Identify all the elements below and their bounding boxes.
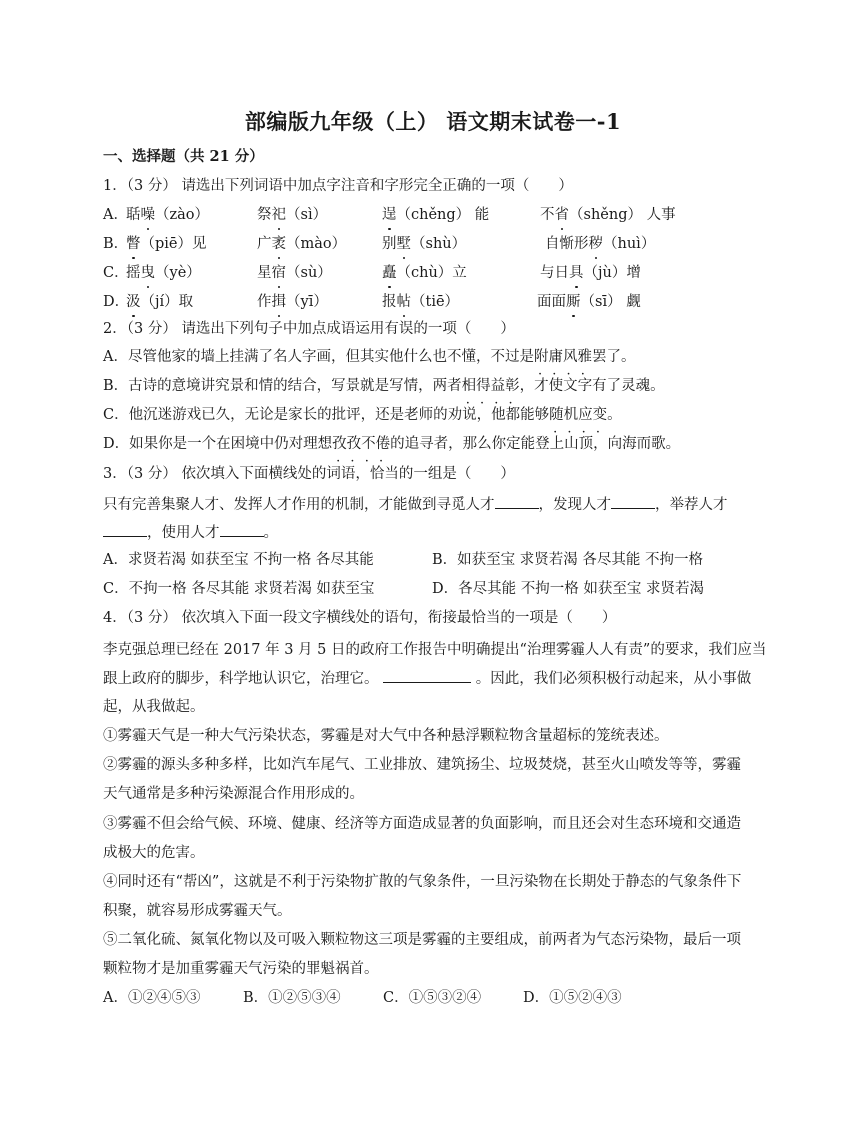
exam-title: 部编版九年级（上） 语文期末试卷一-1 xyxy=(0,106,866,136)
statement-5-cont: 颗粒物才是加重雾霾天气污染的罪魁祸首。 xyxy=(103,959,379,979)
question-4-passage-line-3: 起，从我做起。 xyxy=(103,697,205,717)
statement-4: ④同时还有“帮凶”，这就是不利于污染物扩散的气象条件，一旦污染物在长期处于静态的… xyxy=(103,872,741,892)
statement-2: ②雾霾的源头多种多样，比如汽车尾气、工业排放、建筑扬尘、垃圾焚烧，甚至火山喷发等… xyxy=(103,755,741,775)
option-label: A． xyxy=(103,349,128,365)
option-item: 面面厮（sī） 觑 xyxy=(537,292,641,312)
question-number: 2． xyxy=(103,321,127,337)
question-4-option-a[interactable]: A．①②④⑤③ xyxy=(103,988,200,1008)
statement-3: ③雾霾不但会给气候、环境、健康、经济等方面造成显著的负面影响，而且还会对生态环境… xyxy=(103,814,741,834)
question-2-option-c[interactable]: C．他沉迷游戏已久，无论是家长的批评，还是老师的劝说，他都能够随机应变。 xyxy=(103,405,622,425)
question-3-passage-line-2: ，使用人才。 xyxy=(103,522,278,543)
option-item: 聒噪（zào） xyxy=(126,205,209,225)
statement-2-cont: 天气通常是多种污染源混合作用形成的。 xyxy=(103,784,364,804)
question-3-passage-line-1: 只有完善集聚人才、发挥人才作用的机制，才能做到寻觅人才，发现人才，举荐人才 xyxy=(103,494,728,515)
question-2-option-b[interactable]: B．古诗的意境讲究景和情的结合，写景就是写情，两者相得益彰，才使文字有了灵魂。 xyxy=(103,376,665,396)
option-item: 汲（jí）取 xyxy=(126,292,193,312)
question-prompt: 请选出下列词语中加点字注音和字形完全正确的一项（ ） xyxy=(181,178,573,194)
question-3-option-d[interactable]: D．各尽其能 不拘一格 如获至宝 求贤若渴 xyxy=(432,579,704,599)
question-number: 1． xyxy=(103,178,127,194)
option-item: 矗（chù）立 xyxy=(382,263,467,283)
question-4-stem: 4．（3 分） 依次填入下面一段文字横线处的语句，衔接最恰当的一项是（ ） xyxy=(103,608,616,628)
option-label: C． xyxy=(103,263,129,283)
question-4-option-c[interactable]: C．①⑤③②④ xyxy=(383,988,481,1008)
question-prompt: 请选出下列句子中加点成语运用有误的一项（ ） xyxy=(181,321,515,337)
question-score: （3 分） xyxy=(127,610,177,626)
fill-blank-2[interactable] xyxy=(611,494,655,509)
section-heading: 一、选择题（共 21 分） xyxy=(103,147,264,167)
question-2-stem: 2．（3 分） 请选出下列句子中加点成语运用有误的一项（ ） xyxy=(103,319,515,339)
option-label: A． xyxy=(103,205,128,225)
question-prompt: 依次填入下面横线处的词语，恰当的一组是（ ） xyxy=(181,466,515,482)
question-3-option-b[interactable]: B．如获至宝 求贤若渴 各尽其能 不拘一格 xyxy=(432,550,703,570)
statement-5: ⑤二氧化硫、氮氧化物以及可吸入颗粒物这三项是雾霾的主要组成，前两者为气态污染物，… xyxy=(103,930,741,950)
dotted-idiom: 附庸风雅 xyxy=(534,347,592,367)
statement-3-cont: 成极大的危害。 xyxy=(103,843,205,863)
question-4-option-b[interactable]: B．①②⑤③④ xyxy=(243,988,341,1008)
option-item: 别墅（shù） xyxy=(382,234,466,254)
statement-1: ①雾霾天气是一种大气污染状态，雾霾是对大气中各种悬浮颗粒物含量超标的笼统表述。 xyxy=(103,726,669,746)
question-3-option-a[interactable]: A．求贤若渴 如获至宝 不拘一格 各尽其能 xyxy=(103,550,374,570)
option-item: 逞（chěng） 能 xyxy=(382,205,489,225)
question-prompt: 依次填入下面一段文字横线处的语句，衔接最恰当的一项是（ ） xyxy=(181,610,616,626)
question-number: 3． xyxy=(103,466,127,482)
option-item: 星宿（sù） xyxy=(257,263,332,283)
question-4-passage-line-1: 李克强总理已经在 2017 年 3 月 5 日的政府工作报告中明确提出“治理雾霾… xyxy=(103,640,766,660)
option-item: 作揖（yī） xyxy=(257,292,328,312)
option-item: 瞥（piē）见 xyxy=(126,234,207,254)
option-item: 自惭形秽（huì） xyxy=(545,234,655,254)
question-score: （3 分） xyxy=(127,178,177,194)
question-score: （3 分） xyxy=(127,321,177,337)
question-1-stem: 1．（3 分） 请选出下列词语中加点字注音和字形完全正确的一项（ ） xyxy=(103,176,573,196)
fill-blank-3[interactable] xyxy=(103,522,147,537)
question-score: （3 分） xyxy=(127,466,177,482)
question-3-stem: 3．（3 分） 依次填入下面横线处的词语，恰当的一组是（ ） xyxy=(103,464,515,484)
dotted-idiom: 相得益彰 xyxy=(462,376,520,396)
option-label: C． xyxy=(103,407,129,423)
question-number: 4． xyxy=(103,610,127,626)
question-4-passage-line-2: 跟上政府的脚步，科学地认识它，治理它。 。因此，我们必须积极行动起来，从小事做 xyxy=(103,668,751,689)
option-item: 与日具（jù）增 xyxy=(540,263,641,283)
question-2-option-a[interactable]: A．尽管他家的墙上挂满了名人字画，但其实他什么也不懂，不过是附庸风雅罢了。 xyxy=(103,347,635,367)
option-item: 摇曳（yè） xyxy=(126,263,201,283)
exam-page: 部编版九年级（上） 语文期末试卷一-1 一、选择题（共 21 分） 1．（3 分… xyxy=(0,0,866,1122)
fill-blank[interactable] xyxy=(383,668,471,683)
option-item: 报帖（tiē） xyxy=(382,292,459,312)
option-label: B． xyxy=(103,234,128,254)
option-label: B． xyxy=(103,378,128,394)
dotted-idiom: 孜孜不倦 xyxy=(332,434,390,454)
fill-blank-1[interactable] xyxy=(495,494,539,509)
fill-blank-4[interactable] xyxy=(220,522,264,537)
question-3-option-c[interactable]: C．不拘一格 各尽其能 求贤若渴 如获至宝 xyxy=(103,579,374,599)
question-4-option-d[interactable]: D．①⑤②④③ xyxy=(523,988,622,1008)
option-item: 不省（shěng） 人事 xyxy=(540,205,676,225)
option-item: 广袤（mào） xyxy=(257,234,346,254)
dotted-idiom: 随机应变 xyxy=(549,405,607,425)
question-2-option-d[interactable]: D．如果你是一个在困境中仍对理想孜孜不倦的追寻者，那么你定能登上山顶，向海而歌。 xyxy=(103,434,680,454)
statement-4-cont: 积聚，就容易形成雾霾天气。 xyxy=(103,901,292,921)
option-label: D． xyxy=(103,436,129,452)
option-item: 祭祀（sì） xyxy=(257,205,327,225)
